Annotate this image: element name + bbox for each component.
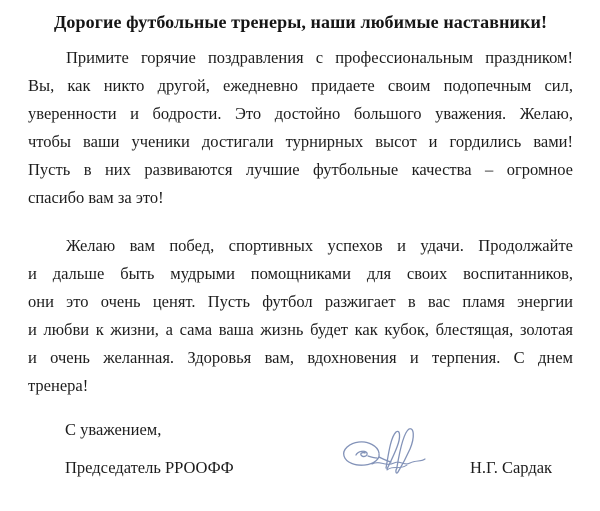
signatory-name: Н.Г. Сардак: [470, 454, 552, 482]
letter-line: тренера!: [28, 372, 573, 400]
letter-line: чтобы ваши ученики достигали турнирных в…: [28, 128, 573, 156]
letter-line: Вы, как никто другой, ежедневно придаете…: [28, 72, 573, 100]
letter-page: Дорогие футбольные тренеры, наши любимые…: [0, 0, 600, 511]
letter-line: и любви к жизни, а сама ваша жизнь будет…: [28, 316, 573, 344]
signatory-position: Председатель РРООФФ: [65, 454, 234, 482]
letter-body: Примите горячие поздравления с профессио…: [28, 44, 573, 400]
paragraph: Примите горячие поздравления с профессио…: [28, 44, 573, 212]
letter-title: Дорогие футбольные тренеры, наши любимые…: [28, 10, 573, 34]
closing-line: С уважением,: [28, 416, 573, 444]
letter-line: и дальше быть мудрыми помощниками для св…: [28, 260, 573, 288]
letter-line: Примите горячие поздравления с профессио…: [28, 44, 573, 72]
letter-line: они это очень ценят. Пусть футбол разжиг…: [28, 288, 573, 316]
signature-row: Председатель РРООФФ: [28, 452, 573, 511]
paragraph: Желаю вам побед, спортивных успехов и уд…: [28, 232, 573, 400]
letter-line: Желаю вам побед, спортивных успехов и уд…: [28, 232, 573, 260]
letter-line: и очень желанная. Здоровья вам, вдохнове…: [28, 344, 573, 372]
handwritten-signature-icon: [337, 425, 427, 480]
letter-line: спасибо вам за это!: [28, 184, 573, 212]
letter-line: уверенности и бодрости. Это достойно бол…: [28, 100, 573, 128]
letter-line: Пусть в них развиваются лучшие футбольны…: [28, 156, 573, 184]
